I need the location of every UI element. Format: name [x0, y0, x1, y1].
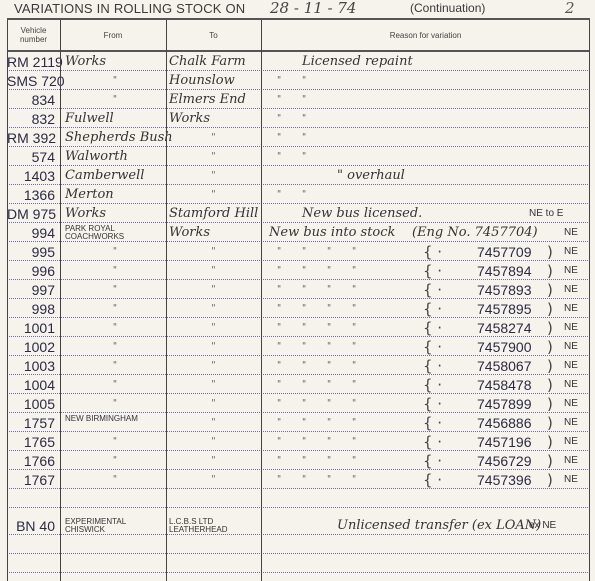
- reason-text: " overhaul: [337, 166, 405, 184]
- to-location: ": [166, 128, 261, 146]
- table-row: 997""" " " "{ ·7457893)NE: [7, 280, 590, 299]
- engine-number: 7456729: [477, 451, 532, 469]
- district-code: NE: [564, 432, 578, 450]
- table-row: 1004""" " " "{ ·7458478)NE: [7, 375, 590, 394]
- to-location: ": [166, 356, 261, 374]
- vehicle-number: 832: [7, 109, 55, 127]
- district-code: NE to E: [529, 204, 563, 222]
- district-code: ex NE: [529, 516, 556, 534]
- vehicle-number: 998: [7, 299, 55, 317]
- reason-ditto: " " " ": [277, 375, 427, 393]
- reason-ditto: " ": [277, 109, 427, 127]
- to-location: Chalk Farm: [169, 52, 246, 70]
- district-code: NE: [564, 299, 578, 317]
- reason-ditto: " " " ": [277, 242, 427, 260]
- district-code: NE: [564, 318, 578, 336]
- engine-number: 7456886: [477, 413, 532, 431]
- reason-ditto: " " " ": [277, 432, 427, 450]
- district-code: NE: [564, 394, 578, 412]
- to-location: ": [166, 147, 261, 165]
- reason-text: New bus into stock: [269, 223, 395, 241]
- vehicle-number: 1001: [7, 318, 55, 336]
- vehicle-number: RM 392: [7, 128, 55, 146]
- vehicle-number: 1003: [7, 356, 55, 374]
- vehicle-number: [7, 489, 55, 507]
- table-row: 998""" " " "{ ·7457895)NE: [7, 299, 590, 318]
- engine-number: 7457709: [477, 242, 532, 260]
- closing-paren: ): [547, 242, 553, 260]
- table-row: 1003""" " " "{ ·7458067)NE: [7, 356, 590, 375]
- column-divider: [589, 20, 590, 581]
- vehicle-number: 1005: [7, 394, 55, 412]
- vehicle-number: 574: [7, 147, 55, 165]
- from-location: ": [65, 261, 165, 279]
- to-location: ": [166, 470, 261, 488]
- column-header-from: From: [60, 20, 166, 52]
- table-row: 1767""" " " "{ ·7457396)NE: [7, 470, 590, 489]
- table-row: 1403Camberwell"" overhaul: [7, 166, 590, 185]
- district-code: NE: [564, 413, 578, 431]
- from-location: ": [65, 432, 165, 450]
- vehicle-number: BN 40: [7, 516, 55, 534]
- district-code: NE: [564, 337, 578, 355]
- from-location: Works: [65, 204, 106, 222]
- to-location: ": [166, 242, 261, 260]
- brace-ditto-mark: { ·: [423, 242, 442, 260]
- table-row: 1001""" " " "{ ·7458274)NE: [7, 318, 590, 337]
- table-row: 1765""" " " "{ ·7457196)NE: [7, 432, 590, 451]
- vehicle-number: [7, 535, 55, 553]
- from-location: Fulwell: [65, 109, 114, 127]
- from-location: ": [65, 318, 165, 336]
- table-row: BN 40EXPERIMENTAL CHISWICKL.C.B.S LTD LE…: [7, 516, 590, 535]
- vehicle-number: 994: [7, 223, 55, 241]
- vehicle-number: 996: [7, 261, 55, 279]
- table-row: 574Walworth"" ": [7, 147, 590, 166]
- to-location: Works: [169, 109, 210, 127]
- district-code: NE: [564, 280, 578, 298]
- from-location: Camberwell: [65, 166, 144, 184]
- closing-paren: ): [547, 356, 553, 374]
- from-location: PARK ROYAL COACHWORKS: [65, 223, 163, 243]
- brace-ditto-mark: { ·: [423, 432, 442, 450]
- form-date: 28 - 11 - 74: [270, 0, 356, 17]
- from-location: ": [65, 356, 165, 374]
- vehicle-number: 1004: [7, 375, 55, 393]
- closing-paren: ): [547, 432, 553, 450]
- vehicle-number: 1757: [7, 413, 55, 431]
- brace-ditto-mark: { ·: [423, 375, 442, 393]
- closing-paren: ): [547, 451, 553, 469]
- vehicle-number: 834: [7, 90, 55, 108]
- vehicle-number: RM 2119: [7, 52, 55, 70]
- engine-number: 7457893: [477, 280, 532, 298]
- engine-number: 7457396: [477, 470, 532, 488]
- from-location: Walworth: [65, 147, 128, 165]
- from-location: ": [65, 90, 165, 108]
- district-code: NE: [564, 356, 578, 374]
- to-location: ": [166, 185, 261, 203]
- reason-ditto: " " " ": [277, 356, 427, 374]
- table-row: [7, 554, 590, 573]
- reason-ditto: " " " ": [277, 280, 427, 298]
- to-location: ": [166, 451, 261, 469]
- table-row: SMS 720"Hounslow" ": [7, 71, 590, 90]
- brace-ditto-mark: { ·: [423, 413, 442, 431]
- reason-ditto: " ": [277, 128, 427, 146]
- column-divider: [261, 20, 262, 581]
- from-location: ": [65, 280, 165, 298]
- column-header-to: To: [166, 20, 261, 52]
- closing-paren: ): [547, 337, 553, 355]
- reason-text: Unlicensed transfer (ex LOAN): [337, 516, 541, 534]
- vehicle-number: 997: [7, 280, 55, 298]
- brace-ditto-mark: { ·: [423, 356, 442, 374]
- to-location: Hounslow: [169, 71, 235, 89]
- brace-ditto-mark: { ·: [423, 451, 442, 469]
- from-location: ": [65, 375, 165, 393]
- closing-paren: ): [547, 280, 553, 298]
- brace-ditto-mark: { ·: [423, 318, 442, 336]
- reason-ditto: " " " ": [277, 394, 427, 412]
- vehicle-number: [7, 554, 55, 572]
- reason-ditto: " " " ": [277, 299, 427, 317]
- closing-paren: ): [547, 261, 553, 279]
- table-row: 1002""" " " "{ ·7457900)NE: [7, 337, 590, 356]
- reason-ditto: " ": [277, 185, 427, 203]
- to-location: ": [166, 432, 261, 450]
- table-row: 996""" " " "{ ·7457894)NE: [7, 261, 590, 280]
- table-row: 1005""" " " "{ ·7457899)NE: [7, 394, 590, 413]
- closing-paren: ): [547, 375, 553, 393]
- reason-ditto: " " " ": [277, 413, 427, 431]
- column-header-reason: Reason for variation: [261, 20, 590, 52]
- table-row: 1766""" " " "{ ·7456729)NE: [7, 451, 590, 470]
- district-code: NE: [564, 451, 578, 469]
- variations-table: Vehicle number From To Reason for variat…: [7, 18, 590, 581]
- column-divider: [7, 20, 8, 581]
- to-location: ": [166, 413, 261, 431]
- to-location: ": [166, 261, 261, 279]
- district-code: NE: [564, 375, 578, 393]
- reason-text: New bus licensed.: [302, 204, 422, 222]
- brace-ditto-mark: { ·: [423, 280, 442, 298]
- to-location: Stamford Hill: [169, 204, 258, 222]
- table-row: 834"Elmers End" ": [7, 90, 590, 109]
- to-location: Elmers End: [169, 90, 246, 108]
- district-code: NE: [564, 242, 578, 260]
- engine-number: 7457899: [477, 394, 532, 412]
- table-row: [7, 489, 590, 508]
- reason-ditto: " ": [277, 90, 427, 108]
- engine-number: 7458067: [477, 356, 532, 374]
- vehicle-number: 1366: [7, 185, 55, 203]
- table-row: 1366Merton"" ": [7, 185, 590, 204]
- brace-ditto-mark: { ·: [423, 394, 442, 412]
- district-code: NE: [564, 223, 578, 241]
- engine-number: (Eng No. 7457704): [412, 223, 538, 241]
- district-code: NE: [564, 470, 578, 488]
- to-location: ": [166, 394, 261, 412]
- brace-ditto-mark: { ·: [423, 470, 442, 488]
- table-row: 1757NEW BIRMINGHAM"" " " "{ ·7456886)NE: [7, 413, 590, 432]
- vehicle-number: 1002: [7, 337, 55, 355]
- from-location: NEW BIRMINGHAM: [65, 413, 163, 433]
- engine-number: 7457900: [477, 337, 532, 355]
- vehicle-number: 995: [7, 242, 55, 260]
- form-header: VARIATIONS IN ROLLING STOCK ON 28 - 11 -…: [0, 0, 595, 18]
- reason-ditto: " ": [277, 71, 427, 89]
- reason-ditto: " ": [277, 147, 427, 165]
- to-location: Works: [169, 223, 210, 241]
- table-row: 995""" " " "{ ·7457709)NE: [7, 242, 590, 261]
- table-row: [7, 535, 590, 554]
- from-location: EXPERIMENTAL CHISWICK: [65, 516, 163, 536]
- reason-ditto: " " " ": [277, 470, 427, 488]
- from-location: ": [65, 470, 165, 488]
- to-location: ": [166, 166, 261, 184]
- table-row: DM 975WorksStamford HillNew bus licensed…: [7, 204, 590, 223]
- from-location: Shepherds Bush: [65, 128, 173, 146]
- reason-ditto: " " " ": [277, 318, 427, 336]
- to-location: ": [166, 299, 261, 317]
- reason-ditto: " " " ": [277, 261, 427, 279]
- vehicle-number: DM 975: [7, 204, 55, 222]
- closing-paren: ): [547, 394, 553, 412]
- form-title: VARIATIONS IN ROLLING STOCK ON: [14, 1, 245, 16]
- continuation-label: (Continuation): [410, 1, 485, 15]
- table-row: RM 392Shepherds Bush"" ": [7, 128, 590, 147]
- from-location: ": [65, 337, 165, 355]
- to-location: ": [166, 318, 261, 336]
- brace-ditto-mark: { ·: [423, 261, 442, 279]
- from-location: ": [65, 299, 165, 317]
- from-location: ": [65, 71, 165, 89]
- closing-paren: ): [547, 318, 553, 336]
- closing-paren: ): [547, 413, 553, 431]
- page-number: 2: [565, 0, 575, 17]
- from-location: ": [65, 451, 165, 469]
- to-location: ": [166, 280, 261, 298]
- engine-number: 7458478: [477, 375, 532, 393]
- district-code: NE: [564, 261, 578, 279]
- vehicle-number: SMS 720: [7, 71, 55, 89]
- from-location: Works: [65, 52, 106, 70]
- vehicle-number: 1765: [7, 432, 55, 450]
- closing-paren: ): [547, 299, 553, 317]
- brace-ditto-mark: { ·: [423, 337, 442, 355]
- to-location: ": [166, 337, 261, 355]
- engine-number: 7457895: [477, 299, 532, 317]
- reason-text: Licensed repaint: [302, 52, 413, 70]
- from-location: ": [65, 394, 165, 412]
- table-row: 994PARK ROYAL COACHWORKSWorksNew bus int…: [7, 223, 590, 242]
- column-header-vehicle: Vehicle number: [7, 20, 60, 52]
- closing-paren: ): [547, 470, 553, 488]
- reason-ditto: " " " ": [277, 337, 427, 355]
- engine-number: 7457894: [477, 261, 532, 279]
- to-location: ": [166, 375, 261, 393]
- vehicle-number: 1767: [7, 470, 55, 488]
- column-divider: [60, 20, 61, 581]
- engine-number: 7457196: [477, 432, 532, 450]
- table-row: RM 2119WorksChalk FarmLicensed repaint: [7, 52, 590, 71]
- to-location: L.C.B.S LTD LEATHERHEAD: [169, 516, 259, 536]
- table-row: 832FulwellWorks" ": [7, 109, 590, 128]
- vehicle-number: 1403: [7, 166, 55, 184]
- column-divider: [166, 20, 167, 581]
- vehicle-number: 1766: [7, 451, 55, 469]
- engine-number: 7458274: [477, 318, 532, 336]
- reason-ditto: " " " ": [277, 451, 427, 469]
- from-location: Merton: [65, 185, 114, 203]
- brace-ditto-mark: { ·: [423, 299, 442, 317]
- from-location: ": [65, 242, 165, 260]
